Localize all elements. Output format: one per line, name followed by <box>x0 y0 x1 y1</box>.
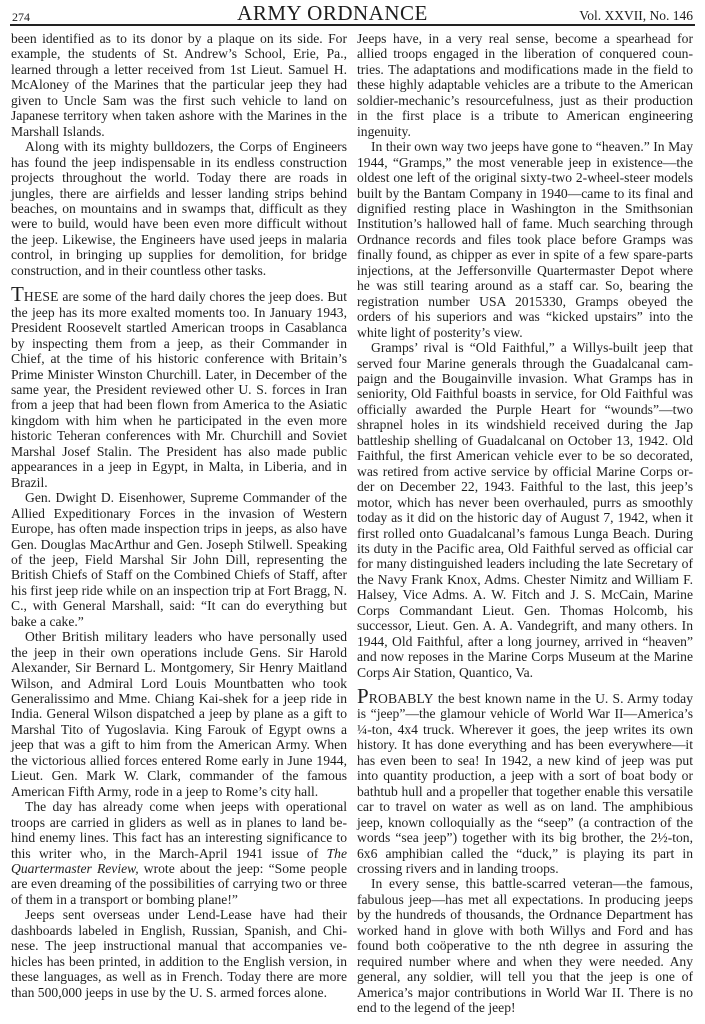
paragraph: Jeeps sent overseas under Lend-Lease hav… <box>11 907 347 1000</box>
paragraph: Gen. Dwight D. Eisenhower, Supreme Comma… <box>11 490 347 629</box>
paragraph: Jeeps have, in a very real sense, become… <box>357 31 693 139</box>
running-header: 274 ARMY ORDNANCE Vol. XXVII, No. 146 <box>12 2 693 24</box>
paragraph: Gramps’ rival is “Old Faithful,” a Willy… <box>357 340 693 680</box>
magazine-page: 274 ARMY ORDNANCE Vol. XXVII, No. 146 be… <box>0 0 705 1024</box>
paragraph: been identified as to its donor by a pla… <box>11 31 347 139</box>
header-rule <box>10 24 695 26</box>
paragraph: In every sense, this battle-scarred vete… <box>357 876 693 1015</box>
paragraph: Along with its mighty bulldozers, the Co… <box>11 139 347 278</box>
paragraph-text: are some of the hard daily chores the je… <box>11 289 347 489</box>
lead-caps: HESE <box>24 289 59 304</box>
lead-caps: ROBABLY <box>369 691 434 706</box>
right-column: Jeeps have, in a very real sense, become… <box>357 31 693 1016</box>
paragraph: In their own way two jeeps have gone to … <box>357 139 693 340</box>
publication-title: ARMY ORDNANCE <box>237 2 428 24</box>
left-column: been identified as to its donor by a pla… <box>11 31 347 1000</box>
section-opening-paragraph: THESE are some of the hard daily chores … <box>11 287 347 490</box>
paragraph-text: The day has already come when jeeps with… <box>11 799 347 860</box>
paragraph: Other British military leaders who have … <box>11 629 347 799</box>
drop-cap: T <box>11 282 24 306</box>
paragraph: The day has already come when jeeps with… <box>11 799 347 907</box>
section-opening-paragraph: PROBABLY the best known name in the U. S… <box>357 689 693 876</box>
drop-cap: P <box>357 684 369 708</box>
page-number: 274 <box>12 10 132 24</box>
paragraph-text: the best known name in the U. S. Army to… <box>357 691 693 876</box>
volume-issue: Vol. XXVII, No. 146 <box>533 8 693 24</box>
